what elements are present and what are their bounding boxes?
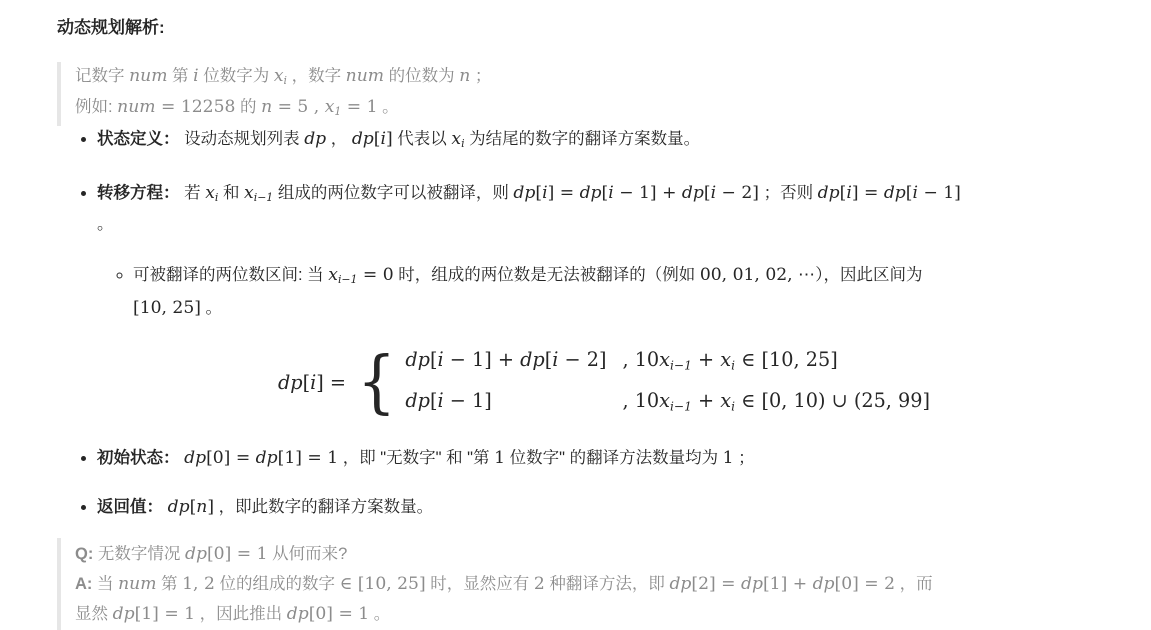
formula-case2-cond: , 10xi−1 + xi ∈ [0, 10) ∪ (25, 99] (622, 385, 930, 422)
formula-cases: dp[i − 1] + dp[i − 2] , 10xi−1 + xi ∈ [1… (405, 344, 930, 422)
return-value-text: 返回值： dp[n] ，即此数字的翻译方案数量。 (97, 494, 1111, 520)
list-item-translatable-range: 可被翻译的两位数区间: 当 xi−1 = 0 时，组成的两位数是无法被翻译的（例… (133, 261, 1111, 322)
qa-answer: A: 当 num 第 1, 2 位的组成的数字 ∈ [10, 25] 时，显然应… (75, 569, 1111, 629)
formula-lhs: dp[i] = (278, 370, 346, 397)
analysis-list: 状态定义： 设动态规划列表 dp ， dp[i] 代表以 xi 为结尾的数字的翻… (57, 126, 1111, 520)
quote-line-example: 例如: num = 12258 的 n = 5 , x1 = 1 。 (75, 94, 1111, 125)
quote-line-definition: 记数字 num 第 i 位数字为 xi ，数字 num 的位数为 n ； (75, 63, 1111, 94)
formula-case1-cond: , 10xi−1 + xi ∈ [10, 25] (622, 344, 930, 381)
formula-case1-expr: dp[i − 1] + dp[i − 2] (405, 344, 606, 377)
left-brace-glyph: { (357, 349, 396, 417)
dp-cases-formula: dp[i] = { dp[i − 1] + dp[i − 2] , 10xi−1… (97, 344, 1111, 422)
translatable-range-text: 可被翻译的两位数区间: 当 xi−1 = 0 时，组成的两位数是无法被翻译的（例… (133, 261, 1111, 322)
qa-quote: Q: 无数字情况 dp[0] = 1 从何而来? A: 当 num 第 1, 2… (57, 538, 1111, 630)
transition-sub-list: 可被翻译的两位数区间: 当 xi−1 = 0 时，组成的两位数是无法被翻译的（例… (97, 261, 1111, 322)
formula-case2-expr: dp[i − 1] (405, 385, 606, 418)
qa-question: Q: 无数字情况 dp[0] = 1 从何而来? (75, 539, 1111, 569)
initial-state-text: 初始状态： dp[0] = dp[1] = 1 ，即 "无数字" 和 "第 1 … (97, 445, 1111, 471)
list-item-return-value: 返回值： dp[n] ，即此数字的翻译方案数量。 (97, 494, 1111, 520)
definition-quote: 记数字 num 第 i 位数字为 xi ，数字 num 的位数为 n ； 例如:… (57, 62, 1111, 126)
list-item-initial-state: 初始状态： dp[0] = dp[1] = 1 ，即 "无数字" 和 "第 1 … (97, 445, 1111, 471)
solution-article: 动态规划解析: 记数字 num 第 i 位数字为 xi ，数字 num 的位数为… (0, 0, 1151, 630)
section-title: 动态规划解析: (57, 13, 1111, 38)
list-item-state-definition: 状态定义： 设动态规划列表 dp ， dp[i] 代表以 xi 为结尾的数字的翻… (97, 126, 1111, 157)
transition-equation-text: 转移方程： 若 xi 和 xi−1 组成的两位数字可以被翻译，则 dp[i] =… (97, 180, 1111, 237)
state-definition-text: 状态定义： 设动态规划列表 dp ， dp[i] 代表以 xi 为结尾的数字的翻… (97, 126, 1111, 157)
list-item-transition-equation: 转移方程： 若 xi 和 xi−1 组成的两位数字可以被翻译，则 dp[i] =… (97, 180, 1111, 422)
